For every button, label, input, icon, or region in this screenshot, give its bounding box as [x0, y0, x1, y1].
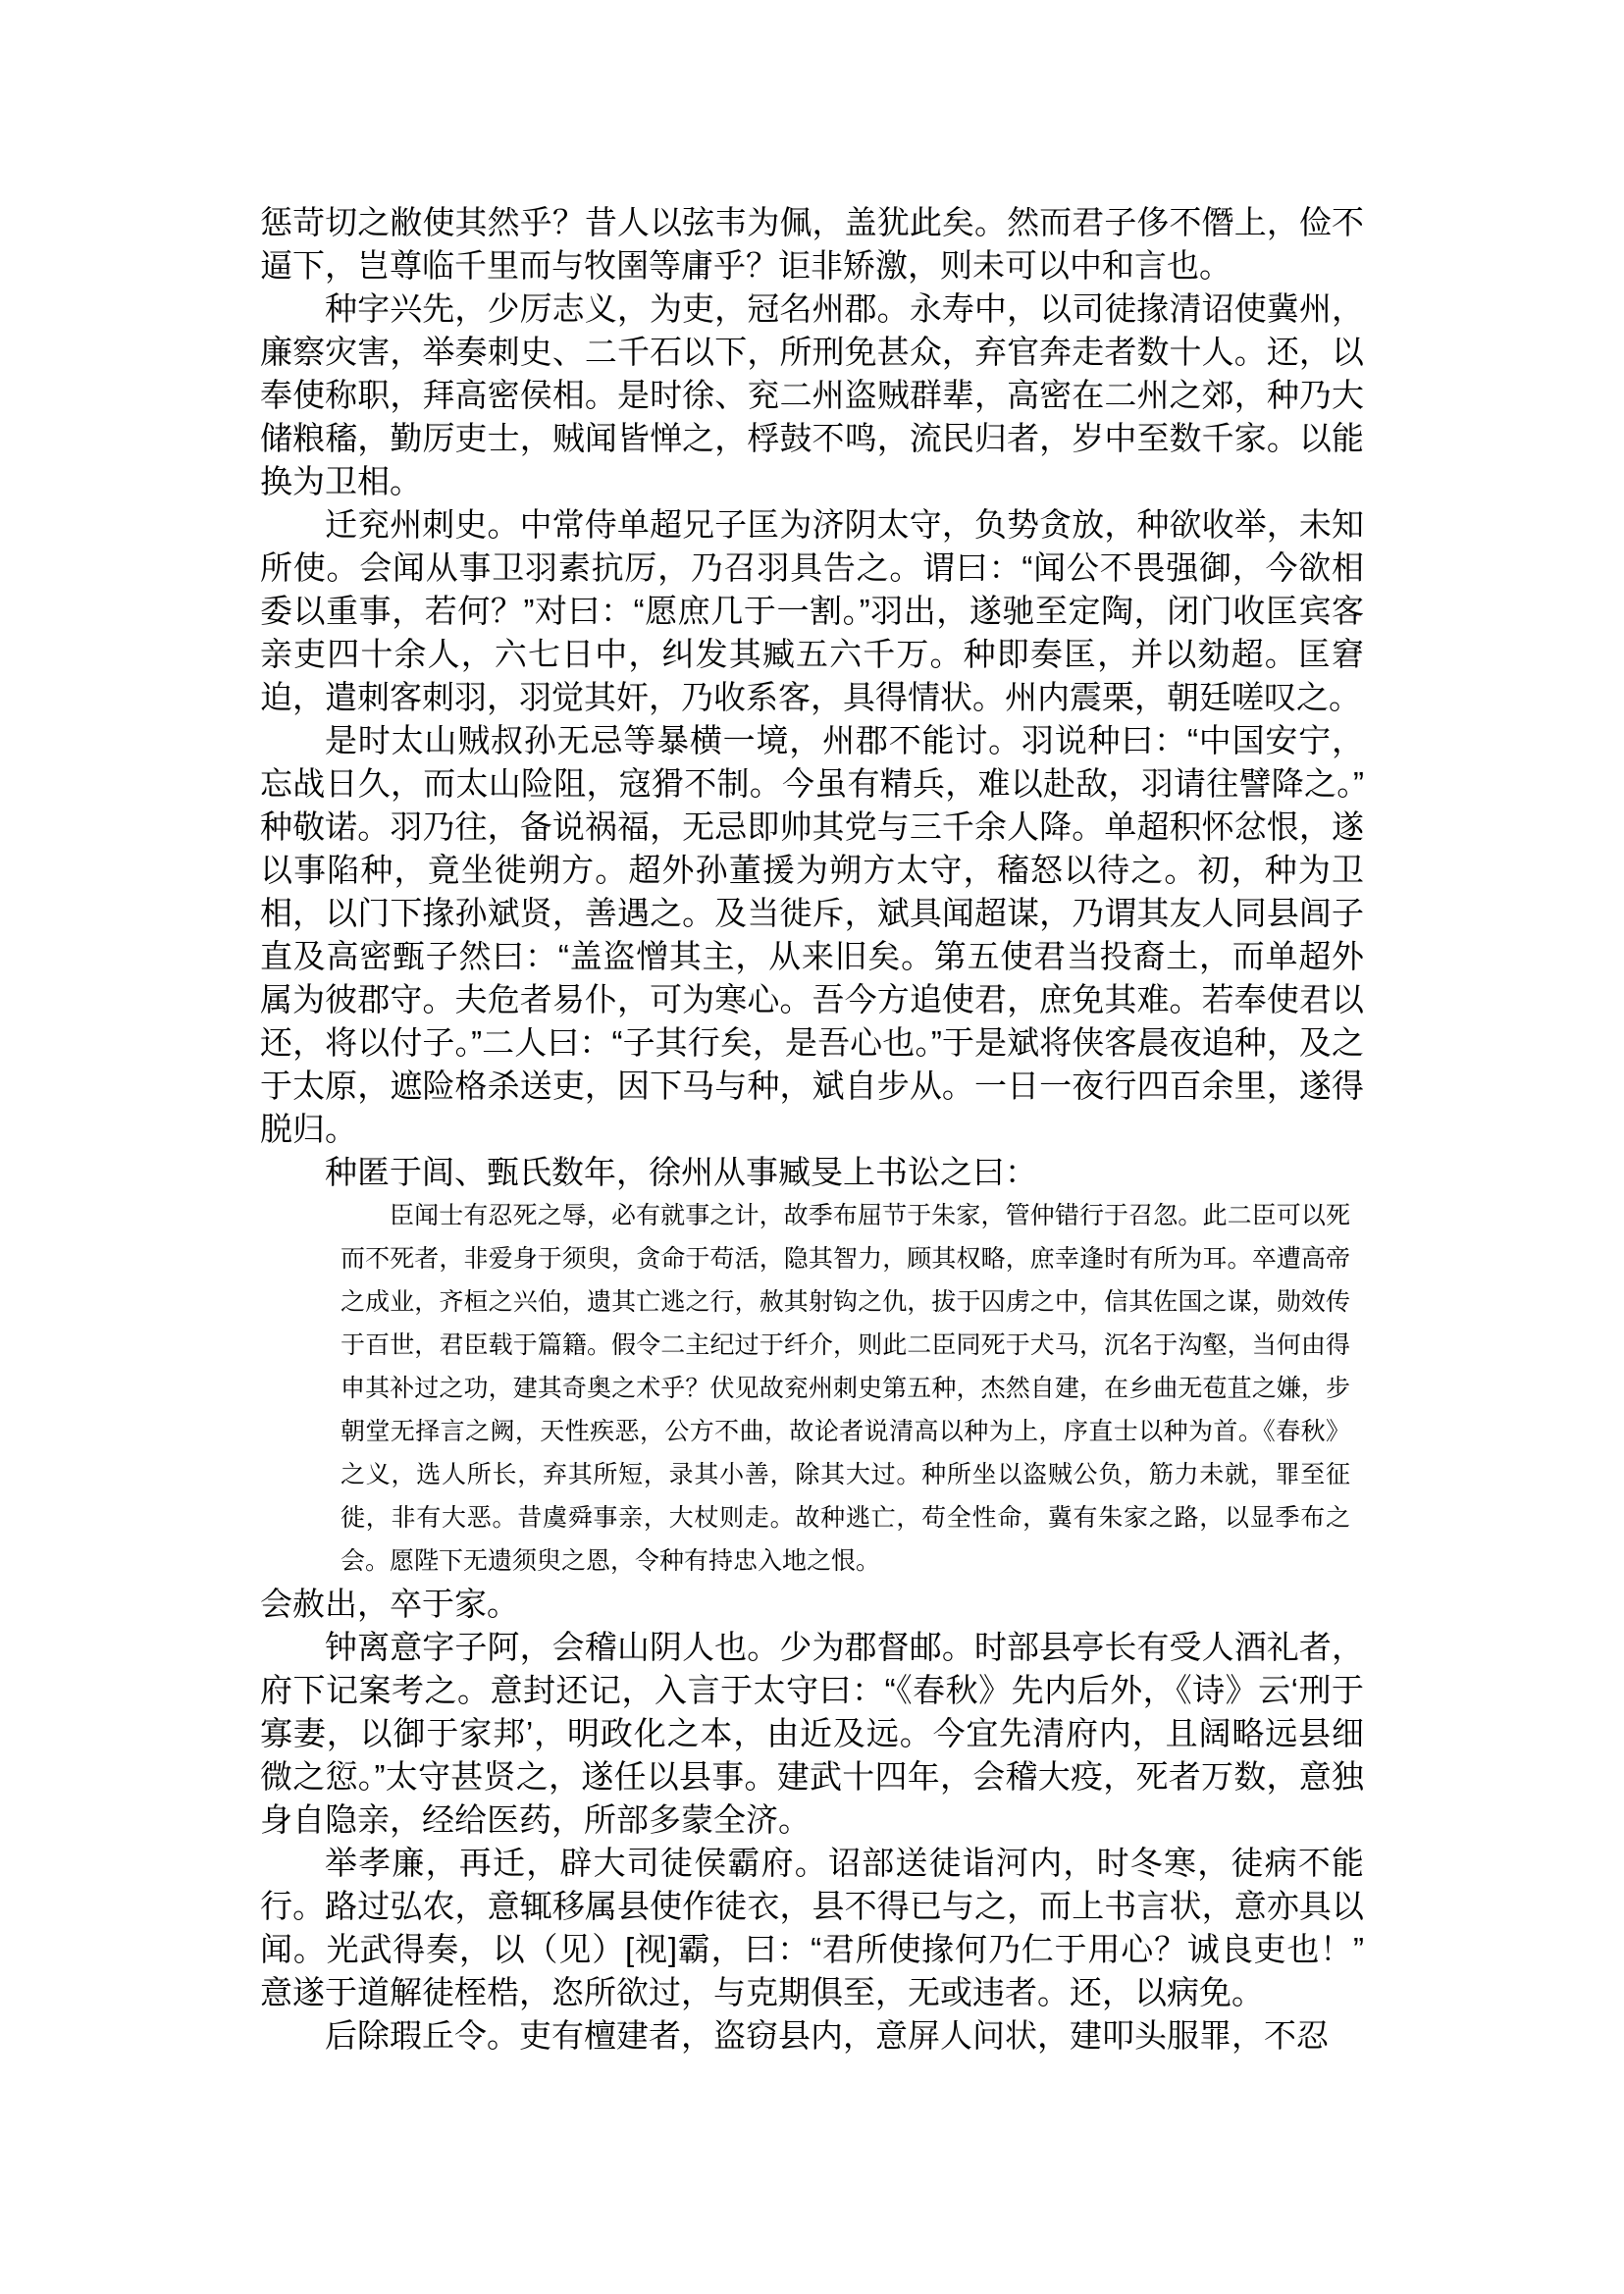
- text-block: 惩苛切之敝使其然乎？昔人以弦韦为佩，盖犹此矣。然而君子侈不僭上，俭不逼下，岂尊临…: [260, 201, 1364, 2058]
- body-paragraph: 惩苛切之敝使其然乎？昔人以弦韦为佩，盖犹此矣。然而君子侈不僭上，俭不逼下，岂尊临…: [260, 201, 1364, 287]
- body-paragraph: 后除瑕丘令。吏有檀建者，盗窃县内，意屏人问状，建叩头服罪，不忍: [260, 2014, 1364, 2058]
- body-paragraph: 迁兖州刺史。中常侍单超兄子匡为济阴太守，负势贪放，种欲收举，未知所使。会闻从事卫…: [260, 503, 1364, 719]
- body-paragraph: 是时太山贼叔孙无忌等暴横一境，州郡不能讨。羽说种曰：“中国安宁，忘战日久，而太山…: [260, 719, 1364, 1151]
- body-paragraph: 举孝廉，再迁，辟大司徒侯霸府。诏部送徒诣河内，时冬寒，徒病不能行。路过弘农，意辄…: [260, 1842, 1364, 2014]
- body-paragraph: 种字兴先，少厉志义，为吏，冠名州郡。永寿中，以司徒掾清诏使冀州，廉察灾害，举奏刺…: [260, 287, 1364, 503]
- quoted-memorial-block: 臣闻士有忍死之辱，必有就事之计，故季布屈节于朱家，管仲错行于召忽。此二臣可以死而…: [341, 1194, 1350, 1583]
- body-paragraph: 种匿于闾、甄氏数年，徐州从事臧旻上书讼之曰：: [260, 1151, 1364, 1194]
- document-page: 惩苛切之敝使其然乎？昔人以弦韦为佩，盖犹此矣。然而君子侈不僭上，俭不逼下，岂尊临…: [0, 0, 1624, 2294]
- body-paragraph: 钟离意字子阿，会稽山阴人也。少为郡督邮。时部县亭长有受人酒礼者，府下记案考之。意…: [260, 1626, 1364, 1842]
- body-paragraph: 会赦出，卒于家。: [260, 1583, 1364, 1626]
